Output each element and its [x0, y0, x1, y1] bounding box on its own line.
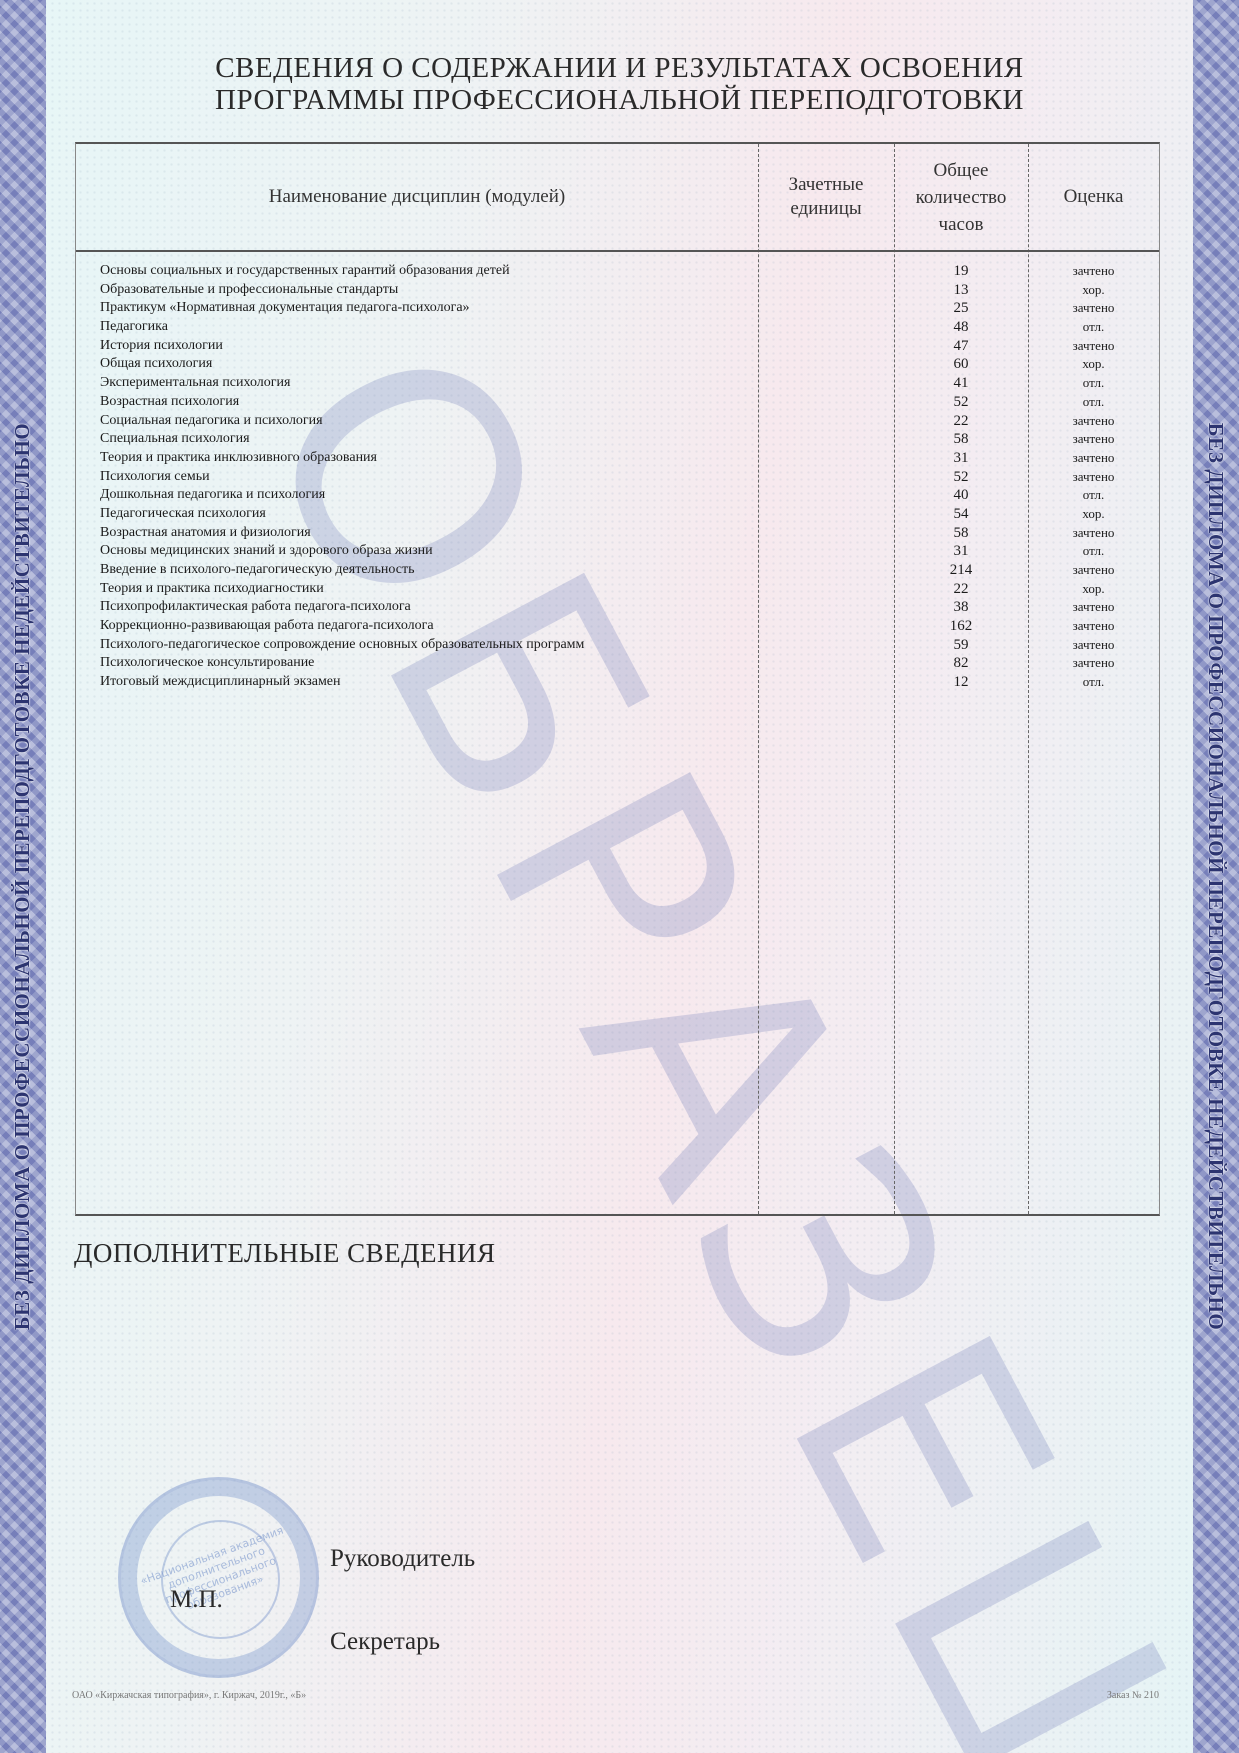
table-row: Педагогическая психология54хор.	[76, 505, 1159, 524]
disciplines-table: Наименование дисциплин (модулей) Зачетны…	[75, 142, 1160, 1216]
header-credits: Зачетные единицы	[758, 144, 894, 250]
total-hours: 52	[894, 393, 1028, 411]
discipline-name: Психологическое консультирование	[100, 654, 314, 672]
discipline-name: Специальная психология	[100, 430, 250, 448]
grade: зачтено	[1028, 299, 1159, 317]
table-row: Социальная педагогика и психология22зачт…	[76, 412, 1159, 431]
grade: зачтено	[1028, 449, 1159, 467]
discipline-name: Коррекционно-развивающая работа педагога…	[100, 617, 434, 635]
header-grade: Оценка	[1028, 144, 1159, 250]
table-row: Теория и практика инклюзивного образован…	[76, 449, 1159, 468]
table-body: Основы социальных и государственных гара…	[76, 262, 1159, 692]
secretary-signature-label: Секретарь	[330, 1628, 440, 1656]
table-row: Экспериментальная психология41отл.	[76, 374, 1159, 393]
total-hours: 12	[894, 673, 1028, 691]
total-hours: 162	[894, 617, 1028, 635]
discipline-name: Практикум «Нормативная документация педа…	[100, 299, 470, 317]
table-row: Введение в психолого-педагогическую деят…	[76, 561, 1159, 580]
discipline-name: Итоговый междисциплинарный экзамен	[100, 673, 341, 691]
grade: зачтено	[1028, 524, 1159, 542]
printer-info: ОАО «Киржачская типография», г. Киржач, …	[72, 1690, 306, 1701]
table-row: Возрастная анатомия и физиология58зачтен…	[76, 524, 1159, 543]
grade: хор.	[1028, 281, 1159, 299]
grade: зачтено	[1028, 468, 1159, 486]
grade: зачтено	[1028, 430, 1159, 448]
document-title: СВЕДЕНИЯ О СОДЕРЖАНИИ И РЕЗУЛЬТАТАХ ОСВО…	[0, 52, 1239, 116]
total-hours: 54	[894, 505, 1028, 523]
discipline-name: Теория и практика инклюзивного образован…	[100, 449, 377, 467]
grade: хор.	[1028, 355, 1159, 373]
total-hours: 60	[894, 355, 1028, 373]
left-security-band: БЕЗ ДИПЛОМА О ПРОФЕССИОНАЛЬНОЙ ПЕРЕПОДГО…	[0, 0, 46, 1753]
discipline-name: История психологии	[100, 337, 223, 355]
total-hours: 41	[894, 374, 1028, 392]
table-row: Практикум «Нормативная документация педа…	[76, 299, 1159, 318]
discipline-name: Возрастная анатомия и физиология	[100, 524, 311, 542]
grade: зачтено	[1028, 636, 1159, 654]
total-hours: 22	[894, 412, 1028, 430]
order-number: Заказ № 210	[1107, 1690, 1159, 1701]
stamp-place-label: М.П.	[170, 1586, 223, 1614]
total-hours: 47	[894, 337, 1028, 355]
discipline-name: Экспериментальная психология	[100, 374, 290, 392]
discipline-name: Введение в психолого-педагогическую деят…	[100, 561, 414, 579]
table-row: Коррекционно-развивающая работа педагога…	[76, 617, 1159, 636]
table-row: Психология семьи52зачтено	[76, 468, 1159, 487]
table-row: Итоговый междисциплинарный экзамен12отл.	[76, 673, 1159, 692]
grade: хор.	[1028, 505, 1159, 523]
table-row: Психопрофилактическая работа педагога-пс…	[76, 598, 1159, 617]
discipline-name: Психолого-педагогическое сопровождение о…	[100, 636, 584, 654]
total-hours: 59	[894, 636, 1028, 654]
total-hours: 38	[894, 598, 1028, 616]
table-row: Педагогика48отл.	[76, 318, 1159, 337]
table-row: Образовательные и профессиональные станд…	[76, 281, 1159, 300]
additional-info-title: ДОПОЛНИТЕЛЬНЫЕ СВЕДЕНИЯ	[74, 1238, 496, 1269]
discipline-name: Основы социальных и государственных гара…	[100, 262, 510, 280]
title-line-1: СВЕДЕНИЯ О СОДЕРЖАНИИ И РЕЗУЛЬТАТАХ ОСВО…	[0, 52, 1239, 84]
total-hours: 25	[894, 299, 1028, 317]
header-discipline-name: Наименование дисциплин (модулей)	[76, 144, 758, 250]
right-band-text: БЕЗ ДИПЛОМА О ПРОФЕССИОНАЛЬНОЙ ПЕРЕПОДГО…	[1204, 423, 1229, 1330]
grade: отл.	[1028, 486, 1159, 504]
table-row: Основы медицинских знаний и здорового об…	[76, 542, 1159, 561]
discipline-name: Возрастная психология	[100, 393, 239, 411]
discipline-name: Социальная педагогика и психология	[100, 412, 323, 430]
discipline-name: Педагогика	[100, 318, 168, 336]
head-signature-label: Руководитель	[330, 1545, 475, 1573]
grade: хор.	[1028, 580, 1159, 598]
table-row: Возрастная психология52отл.	[76, 393, 1159, 412]
total-hours: 22	[894, 580, 1028, 598]
discipline-name: Общая психология	[100, 355, 212, 373]
grade: отл.	[1028, 318, 1159, 336]
table-row: Основы социальных и государственных гара…	[76, 262, 1159, 281]
total-hours: 58	[894, 524, 1028, 542]
table-row: История психологии47зачтено	[76, 337, 1159, 356]
discipline-name: Психопрофилактическая работа педагога-пс…	[100, 598, 411, 616]
discipline-name: Психология семьи	[100, 468, 210, 486]
right-security-band: БЕЗ ДИПЛОМА О ПРОФЕССИОНАЛЬНОЙ ПЕРЕПОДГО…	[1193, 0, 1239, 1753]
grade: зачтено	[1028, 262, 1159, 280]
discipline-name: Основы медицинских знаний и здорового об…	[100, 542, 433, 560]
grade: зачтено	[1028, 412, 1159, 430]
total-hours: 13	[894, 281, 1028, 299]
total-hours: 214	[894, 561, 1028, 579]
grade: зачтено	[1028, 561, 1159, 579]
official-stamp: «Национальная академия дополнительного п…	[118, 1477, 319, 1678]
table-row: Дошкольная педагогика и психология40отл.	[76, 486, 1159, 505]
total-hours: 31	[894, 449, 1028, 467]
discipline-name: Педагогическая психология	[100, 505, 266, 523]
total-hours: 58	[894, 430, 1028, 448]
table-row: Теория и практика психодиагностики22хор.	[76, 580, 1159, 599]
grade: отл.	[1028, 542, 1159, 560]
table-row: Специальная психология58зачтено	[76, 430, 1159, 449]
grade: отл.	[1028, 374, 1159, 392]
header-divider	[76, 250, 1159, 252]
grade: зачтено	[1028, 337, 1159, 355]
grade: зачтено	[1028, 654, 1159, 672]
total-hours: 19	[894, 262, 1028, 280]
header-total-hours: Общее количество часов	[894, 144, 1028, 250]
discipline-name: Теория и практика психодиагностики	[100, 580, 324, 598]
total-hours: 82	[894, 654, 1028, 672]
discipline-name: Образовательные и профессиональные станд…	[100, 281, 398, 299]
left-band-text: БЕЗ ДИПЛОМА О ПРОФЕССИОНАЛЬНОЙ ПЕРЕПОДГО…	[11, 423, 36, 1330]
total-hours: 40	[894, 486, 1028, 504]
total-hours: 52	[894, 468, 1028, 486]
grade: отл.	[1028, 393, 1159, 411]
grade: отл.	[1028, 673, 1159, 691]
title-line-2: ПРОГРАММЫ ПРОФЕССИОНАЛЬНОЙ ПЕРЕПОДГОТОВК…	[0, 84, 1239, 116]
table-row: Психологическое консультирование82зачтен…	[76, 654, 1159, 673]
table-row: Психолого-педагогическое сопровождение о…	[76, 636, 1159, 655]
grade: зачтено	[1028, 598, 1159, 616]
total-hours: 48	[894, 318, 1028, 336]
discipline-name: Дошкольная педагогика и психология	[100, 486, 325, 504]
total-hours: 31	[894, 542, 1028, 560]
grade: зачтено	[1028, 617, 1159, 635]
table-row: Общая психология60хор.	[76, 355, 1159, 374]
